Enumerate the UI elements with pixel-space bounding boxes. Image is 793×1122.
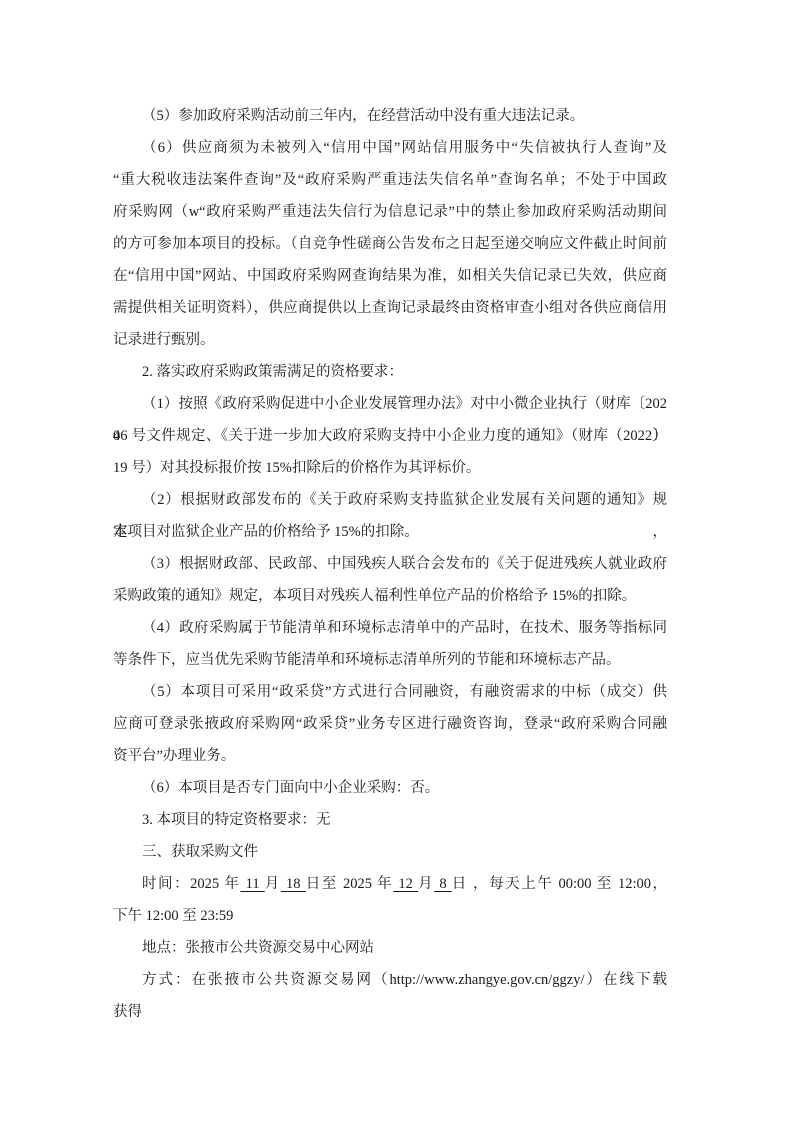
text-line: （1）按照《政府采购促进中小企业发展管理办法》对中小微企业执行（财库〔2020〕 xyxy=(113,388,667,420)
text-line: 方式：在张掖市公共资源交易网（http://www.zhangye.gov.cn… xyxy=(113,964,667,996)
text-segment: 日 ，每天上午 00:00 至 12:00， xyxy=(452,876,667,892)
text-segment: 月 xyxy=(265,876,281,892)
text-line: 在“信用中国”网站、中国政府采购网查询结果为准，如相关失信记录已失效，供应商 xyxy=(113,260,667,292)
text-segment: 月 xyxy=(418,876,434,892)
text-line: 46 号文件规定、《关于进一步加大政府采购支持中小企业力度的通知》（财库（202… xyxy=(113,420,667,452)
underlined-date-value: 8 xyxy=(434,876,452,892)
text-line: 地点：张掖市公共资源交易中心网站 xyxy=(113,932,667,964)
document-page: （5）参加政府采购活动前三年内，在经营活动中没有重大违法记录。（6）供应商须为未… xyxy=(0,0,793,1122)
text-line: 3. 本项目的特定资格要求：无 xyxy=(113,804,667,836)
date-fill-in-line: 时间：2025 年 11 月 18 日至 2025 年 12 月 8 日 ，每天… xyxy=(113,868,667,900)
underlined-date-value: 11 xyxy=(240,876,264,892)
text-line: 等条件下，应当优先采购节能清单和环境标志清单所列的节能和环境标志产品。 xyxy=(113,644,667,676)
text-line: 下午 12:00 至 23:59 xyxy=(113,900,667,932)
section-heading: 三、获取采购文件 xyxy=(113,836,667,868)
text-line: （6）本项目是否专门面向中小企业采购：否。 xyxy=(113,772,667,804)
text-line: 19 号）对其投标报价按 15%扣除后的价格作为其评标价。 xyxy=(113,452,667,484)
text-line: 资平台”办理业务。 xyxy=(113,740,667,772)
text-line: （6）供应商须为未被列入“信用中国”网站信用服务中“失信被执行人查询”及 xyxy=(113,132,667,164)
underlined-date-value: 18 xyxy=(281,876,306,892)
text-line: （2）根据财政部发布的《关于政府采购支持监狱企业发展有关问题的通知》规定， xyxy=(113,484,667,516)
text-line: 获得 xyxy=(113,996,667,1028)
text-line: 应商可登录张掖政府采购网“政采贷”业务专区进行融资咨询，登录“政府采购合同融 xyxy=(113,708,667,740)
text-line: （5）本项目可采用“政采贷”方式进行合同融资，有融资需求的中标（成交）供 xyxy=(113,676,667,708)
text-line: 2. 落实政府采购政策需满足的资格要求： xyxy=(113,356,667,388)
text-line: （4）政府采购属于节能清单和环境标志清单中的产品时，在技术、服务等指标同 xyxy=(113,612,667,644)
text-line: 需提供相关证明资料），供应商提供以上查询记录最终由资格审查小组对各供应商信用 xyxy=(113,292,667,324)
text-line: 的方可参加本项目的投标。（自竞争性磋商公告发布之日起至递交响应文件截止时间前 xyxy=(113,228,667,260)
text-line: （5）参加政府采购活动前三年内，在经营活动中没有重大违法记录。 xyxy=(113,100,667,132)
text-segment: 时间：2025 年 xyxy=(142,876,240,892)
text-line: “重大税收违法案件查询”及“政府采购严重违法失信名单”查询名单；不处于中国政 xyxy=(113,164,667,196)
text-line: （3）根据财政部、民政部、中国残疾人联合会发布的《关于促进残疾人就业政府 xyxy=(113,548,667,580)
text-segment: 日至 2025 年 xyxy=(306,876,394,892)
text-line: 采购政策的通知》规定，本项目对残疾人福利性单位产品的价格给予 15%的扣除。 xyxy=(113,580,667,612)
document-body: （5）参加政府采购活动前三年内，在经营活动中没有重大违法记录。（6）供应商须为未… xyxy=(113,100,667,1028)
text-line: 记录进行甄别。 xyxy=(113,324,667,356)
text-line: 府采购网（w“政府采购严重违法失信行为信息记录”中的禁止参加政府采购活动期间 xyxy=(113,196,667,228)
underlined-date-value: 12 xyxy=(393,876,418,892)
